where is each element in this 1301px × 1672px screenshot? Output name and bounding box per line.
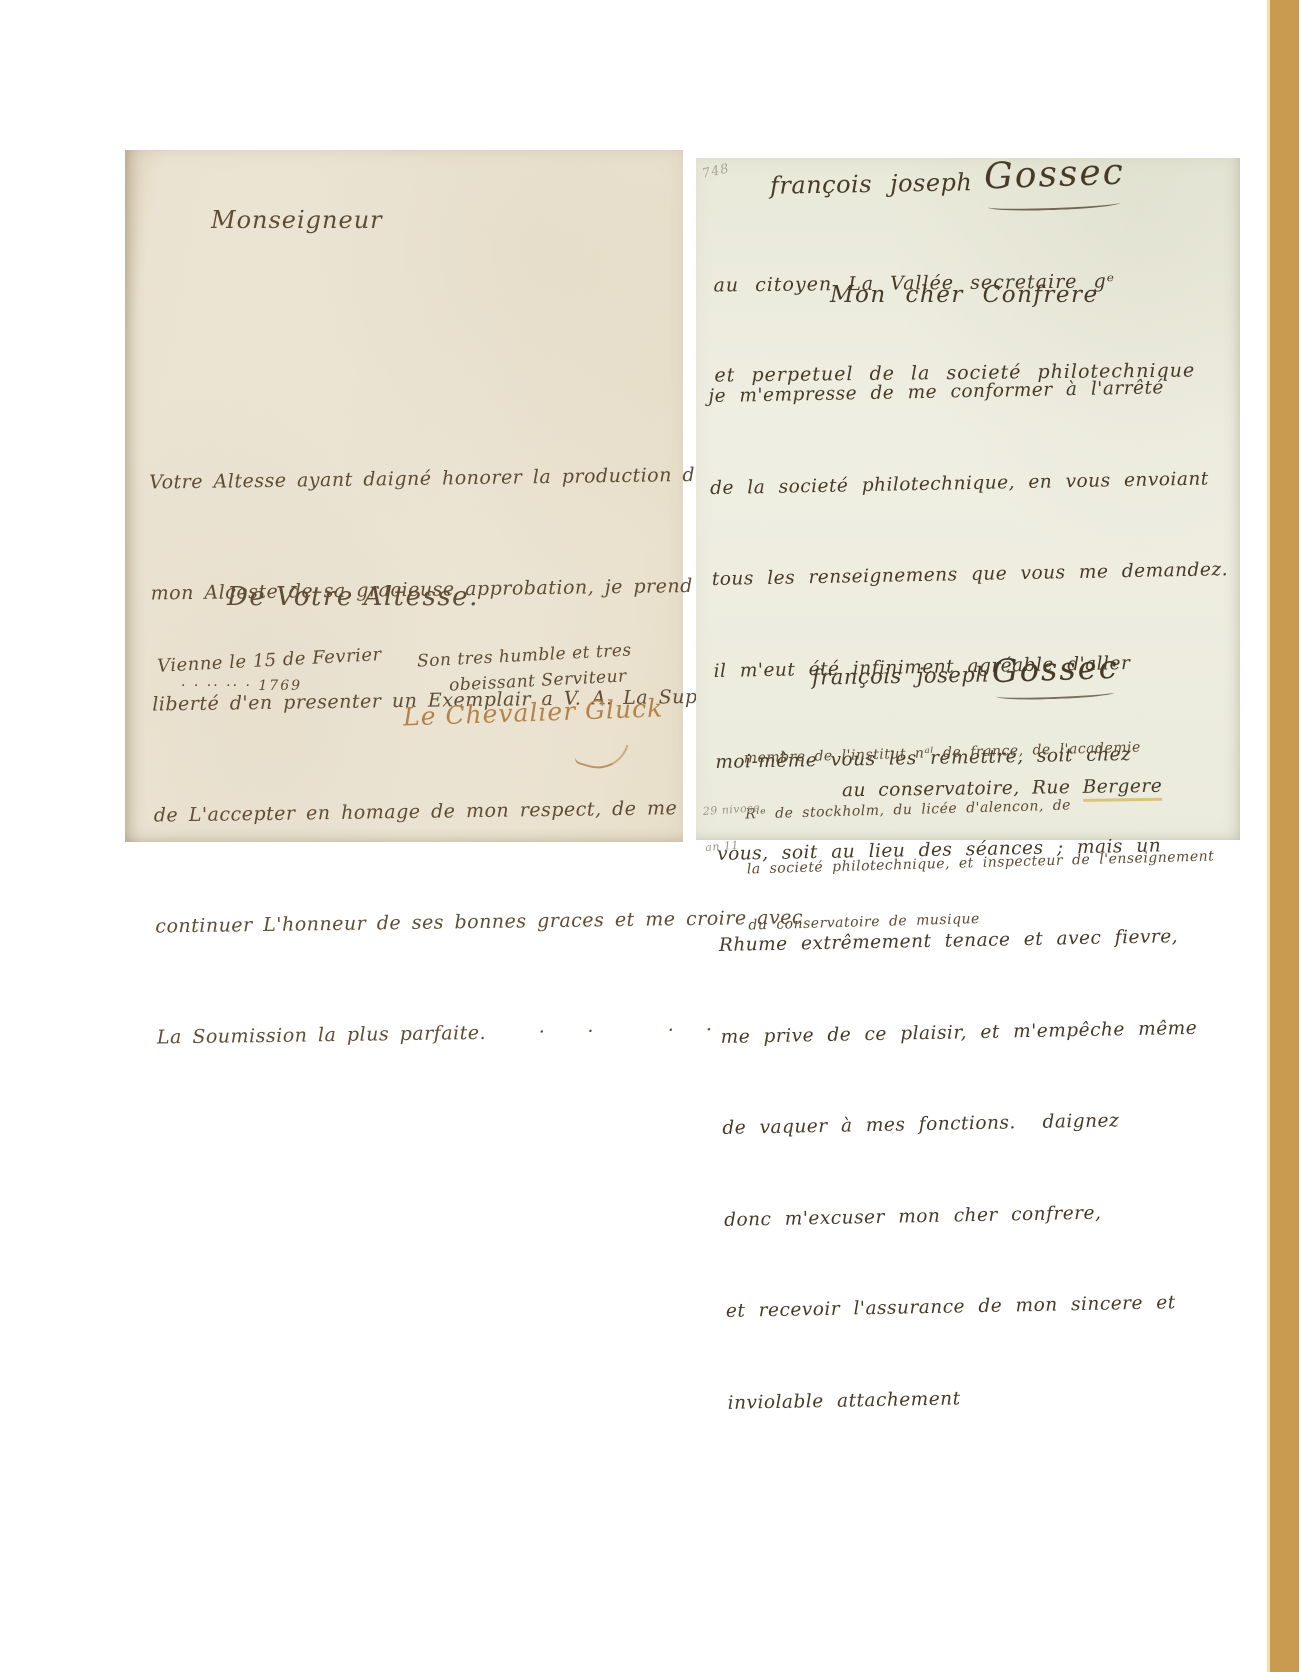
- folio-number-pencil: 748: [701, 161, 731, 181]
- manuscript-line: de vaquer à mes fonctions. daignez: [722, 1104, 1239, 1144]
- page: Monseigneur Votre Altesse ayant daigné h…: [0, 0, 1301, 1672]
- manuscript-line: La Soumission la plus parfaite. · · · ·: [157, 1010, 805, 1056]
- manuscript-line: an 11: [705, 838, 763, 854]
- right-letter-heading-surname: Gossec: [983, 152, 1125, 198]
- left-letter-year: · · ·· ·· · 1769: [181, 678, 302, 694]
- address-prefix: au conservatoire, Rue: [842, 777, 1083, 801]
- left-manuscript-sheet: Monseigneur Votre Altesse ayant daigné h…: [125, 150, 683, 842]
- manuscript-line: 29 nivose: [702, 802, 760, 818]
- gold-accent-bar: [1267, 0, 1299, 1672]
- manuscript-line: tous les renseignemens que vous me deman…: [712, 555, 1229, 595]
- pencil-date-note: 29 nivose an 11: [701, 778, 765, 878]
- gossec-titles: membre de l'institut nᵃˡ de france, de l…: [742, 700, 1217, 972]
- manuscript-line: inviolable attachement: [727, 1378, 1244, 1418]
- manuscript-line: je m'empresse de me conformer à l'arrêté: [708, 372, 1225, 412]
- left-letter-salutation: Monseigneur: [211, 206, 383, 234]
- manuscript-line: membre de l'institut nᵃˡ de france, de l…: [744, 737, 1212, 769]
- gossec-signature-surname: Gossec: [991, 648, 1119, 690]
- address-street-underlined: Bergere: [1083, 776, 1163, 802]
- manuscript-line: de la societé philotechnique, en vous en…: [710, 464, 1227, 504]
- right-letter-heading-name: françois joseph: [770, 168, 973, 200]
- gossec-signature-name: françois joseph: [812, 662, 990, 689]
- manuscript-line: continuer L'honneur de ses bonnes graces…: [155, 899, 803, 945]
- manuscript-line: me prive de ce plaisir, et m'empêche mêm…: [720, 1013, 1237, 1053]
- manuscript-line: et recevoir l'assurance de mon sincere e…: [726, 1287, 1243, 1327]
- right-letter-address: au conservatoire, Rue Bergere: [842, 776, 1162, 801]
- right-manuscript-sheet: 748 françois joseph Gossec au citoyen La…: [696, 158, 1240, 840]
- right-letter-salutation: Mon cher Confrere: [830, 282, 1099, 308]
- left-letter-valediction: De Votre Altesse.: [227, 582, 479, 612]
- manuscript-line: la societé philotechnique, et inspecteur…: [747, 847, 1215, 879]
- manuscript-line: du conservatoire de musique: [748, 903, 1216, 935]
- manuscript-line: donc m'excuser mon cher confrere,: [724, 1195, 1241, 1235]
